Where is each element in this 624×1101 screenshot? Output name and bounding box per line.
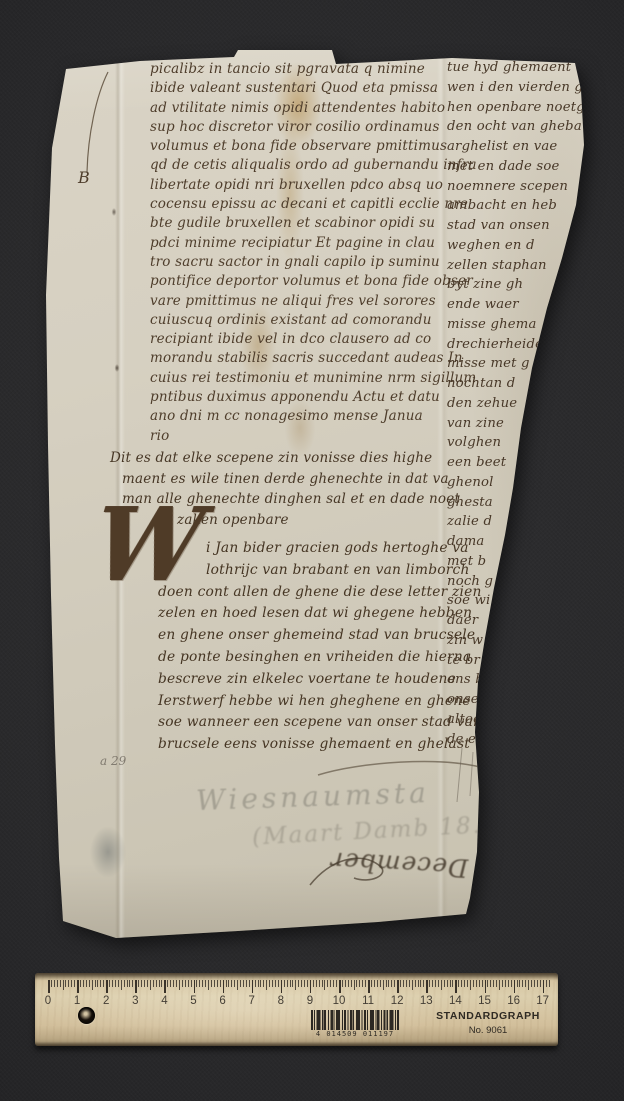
ruler-tick	[487, 980, 488, 987]
right-column-line: ghesta	[447, 493, 597, 513]
right-column-line: arghelist en vae	[447, 137, 597, 157]
grant-line: bescreve zin elkelec voertane te houdene	[158, 669, 458, 691]
ruler-tick	[74, 980, 75, 987]
barcode: 4 014509 011197	[307, 1010, 403, 1040]
ruler-tick	[319, 980, 320, 987]
ruler-tick	[240, 980, 241, 987]
ruler-tick	[362, 980, 363, 987]
right-column-line: stad van onsen	[447, 216, 597, 236]
latin-line: vare pmittimus ne aliqui fres vel sorore…	[150, 292, 450, 311]
grant-line: i Jan bider gracien gods hertoghe va	[206, 538, 458, 560]
margin-flourish-curve	[87, 72, 108, 172]
ruler-tick	[313, 980, 314, 987]
right-column-line: den zehue	[447, 394, 597, 414]
ruler-tick	[214, 980, 215, 987]
right-column-line: daer	[447, 611, 597, 631]
ruler-tick	[97, 980, 98, 987]
pencil-stroke-2	[470, 752, 473, 796]
ruler-tick	[406, 980, 407, 987]
ruler: 01234567891011121314151617 4 014509 0111…	[35, 973, 558, 1046]
latin-line: bte gudile bruxellen et scabinor opidi s…	[150, 214, 450, 233]
ruler-tick	[80, 980, 81, 987]
latin-line: ad vtilitate nimis opidi attendentes hab…	[150, 99, 450, 118]
ruler-tick	[211, 980, 212, 987]
ruler-tick	[470, 980, 471, 990]
ruler-tick	[508, 980, 509, 987]
grant-line: soe wanneer een scepene van onser stad v…	[158, 712, 458, 734]
ruler-tick	[316, 980, 317, 987]
ruler-tick	[57, 980, 58, 987]
ruler-tick-scale	[35, 980, 558, 995]
ruler-number: 11	[362, 995, 374, 1007]
right-column-line: dama	[447, 532, 597, 552]
right-column-line: zellen staphan	[447, 256, 597, 276]
ruler-tick	[368, 980, 370, 993]
ruler-tick	[543, 980, 545, 993]
ruler-tick	[336, 980, 337, 987]
latin-line: libertate opidi nri bruxellen pdco absq …	[150, 176, 450, 195]
right-column-line: den ocht van gheba	[447, 117, 597, 137]
ruler-tick	[420, 980, 421, 987]
ruler-tick	[220, 980, 221, 987]
ruler-tick	[476, 980, 477, 987]
shelfmark-annotation: a 29	[100, 754, 126, 768]
ruler-tick	[246, 980, 247, 987]
ruler-tick	[150, 980, 151, 990]
ruler-tick	[135, 980, 137, 993]
ruler-brand-block: STANDARDGRAPH No. 9061	[423, 1010, 553, 1036]
ruler-tick	[333, 980, 334, 987]
ruler-tick	[493, 980, 494, 987]
latin-line: morandu stabilis sacris succedant audeas…	[150, 349, 450, 368]
ruler-tick	[534, 980, 535, 987]
ruler-tick	[426, 980, 428, 993]
pencil-annotation-2: (Maart Damb 18..)	[251, 811, 502, 850]
ruler-tick	[546, 980, 547, 987]
ruler-tick	[354, 980, 355, 990]
barcode-digits: 4 014509 011197	[307, 1030, 403, 1038]
latin-line: pntibus duximus apponendu Actu et datu	[150, 388, 450, 407]
ruler-tick	[103, 980, 104, 987]
ruler-tick	[348, 980, 349, 987]
ruler-tick	[290, 980, 291, 987]
ruler-number: 0	[45, 995, 51, 1007]
ruler-tick	[287, 980, 288, 987]
ruler-tick	[228, 980, 229, 987]
ruler-tick	[106, 980, 108, 993]
ruler-tick	[71, 980, 72, 987]
ruler-tick	[118, 980, 119, 987]
ruler-tick	[485, 980, 487, 993]
ruler-number: 13	[420, 995, 433, 1007]
barcode-bars-icon	[311, 1010, 399, 1030]
ruler-tick	[243, 980, 244, 987]
ruler-tick	[185, 980, 186, 987]
ruler-tick	[109, 980, 110, 987]
ruler-tick	[89, 980, 90, 987]
ruler-tick	[418, 980, 419, 987]
right-column-line: byt zine gh	[447, 275, 597, 295]
ruler-tick	[284, 980, 285, 987]
ruler-number-row: 01234567891011121314151617	[35, 995, 558, 1009]
grant-line: de ponte besinghen en vriheiden die hier…	[158, 647, 458, 669]
ruler-tick	[54, 980, 55, 987]
right-column-line: noch g	[447, 572, 597, 592]
ruler-tick	[386, 980, 387, 987]
ruler-tick	[342, 980, 343, 987]
ruler-tick	[394, 980, 395, 987]
ruler-tick	[345, 980, 346, 987]
ruler-tick	[388, 980, 389, 987]
ruler-tick	[173, 980, 174, 987]
ruler-tick	[496, 980, 497, 987]
ruler-tick	[255, 980, 256, 987]
right-column-line: ende waer	[447, 295, 597, 315]
ruler-tick	[179, 980, 180, 990]
rubric-line: Dit es dat elke scepene zin vonisse dies…	[110, 448, 452, 469]
latin-line: ibide valeant sustentari Quod eta pmissa	[150, 79, 450, 98]
ruler-tick	[164, 980, 166, 993]
ruler-tick	[371, 980, 372, 987]
ruler-tick	[68, 980, 69, 987]
ruler-number: 16	[507, 995, 520, 1007]
latin-line: pdci minime recipiatur Et pagine in clau	[150, 234, 450, 253]
ruler-tick	[464, 980, 465, 987]
ruler-tick	[441, 980, 442, 990]
right-column-line: te br	[447, 651, 597, 671]
ruler-tick	[269, 980, 270, 987]
right-column-line: de en	[447, 730, 597, 750]
ruler-model-number: No. 9061	[423, 1025, 553, 1036]
ruler-tick	[356, 980, 357, 987]
ruler-tick	[511, 980, 512, 987]
ruler-tick	[196, 980, 197, 987]
ruler-brand-name: STANDARDGRAPH	[423, 1010, 553, 1022]
ruler-tick	[129, 980, 130, 987]
ruler-tick	[525, 980, 526, 987]
ruler-tick	[519, 980, 520, 987]
ruler-tick	[473, 980, 474, 987]
pencil-annotation-1: Wiesnaumsta	[195, 776, 430, 817]
ruler-tick	[351, 980, 352, 987]
ruler-tick	[499, 980, 500, 990]
ruler-tick	[188, 980, 189, 987]
ruler-tick	[234, 980, 235, 987]
ruler-tick	[423, 980, 424, 987]
pencil-stroke-1	[457, 748, 462, 802]
ruler-tick	[194, 980, 196, 993]
ruler-tick	[415, 980, 416, 987]
ruler-tick	[167, 980, 168, 987]
ruler-number: 17	[536, 995, 549, 1007]
ruler-tick	[159, 980, 160, 987]
ruler-tick	[391, 980, 392, 987]
ruler-tick	[205, 980, 206, 987]
ruler-tick	[502, 980, 503, 987]
ruler-tick	[429, 980, 430, 987]
ruler-tick	[450, 980, 451, 987]
parchment-sheet: B picalibz in tancio sit pgravata q nimi…	[0, 0, 624, 960]
ruler-number: 12	[391, 995, 404, 1007]
ruler-tick	[153, 980, 154, 987]
ruler-tick	[231, 980, 232, 987]
ruler-tick	[176, 980, 177, 987]
ruler-number: 8	[278, 995, 284, 1007]
right-column-line: weghen en d	[447, 236, 597, 256]
ruler-tick	[83, 980, 84, 987]
ruler-tick	[514, 980, 516, 993]
ruler-tick	[92, 980, 93, 990]
ruler-tick	[490, 980, 491, 987]
right-column-line: zin w	[447, 631, 597, 651]
ruler-tick	[435, 980, 436, 987]
latin-line: cuiuscuq ordinis existant ad comorandu	[150, 311, 450, 330]
ruler-tick	[252, 980, 254, 993]
ruler-tick	[479, 980, 480, 987]
ruler-tick	[324, 980, 325, 990]
ruler-tick	[377, 980, 378, 987]
grant-line: Ierstwerf hebbe wi hen gheghene en ghene	[158, 691, 458, 713]
ruler-tick	[77, 980, 79, 993]
ruler-tick	[412, 980, 413, 990]
ruler-tick	[132, 980, 133, 987]
latin-line: sup hoc discretor viror cosilio ordinamu…	[150, 118, 450, 137]
ruler-tick	[304, 980, 305, 987]
right-column-line: misse ghema	[447, 315, 597, 335]
ruler-number: 10	[333, 995, 346, 1007]
right-column-line: drechierheide	[447, 335, 597, 355]
right-column-line: een beet	[447, 453, 597, 473]
ruler-tick	[86, 980, 87, 987]
ruler-tick	[374, 980, 375, 987]
ruler-tick	[121, 980, 122, 990]
ruler-tick	[467, 980, 468, 987]
right-column-line: met b	[447, 552, 597, 572]
ruler-tick	[275, 980, 276, 987]
ruler-tick	[266, 980, 267, 990]
ruler-number: 7	[248, 995, 254, 1007]
ruler-tick	[260, 980, 261, 987]
ruler-tick	[223, 980, 225, 993]
ruler-tick	[522, 980, 523, 987]
ruler-tick	[263, 980, 264, 987]
latin-line: volumus et bona fide observare pmittimus	[150, 137, 450, 156]
ruler-tick	[115, 980, 116, 987]
right-column-line: onse	[447, 690, 597, 710]
ruler-tick	[63, 980, 64, 990]
right-column-line: noemnere scepen	[447, 177, 597, 197]
ruler-tick	[444, 980, 445, 987]
ruler-number: 14	[449, 995, 462, 1007]
right-column-line: van zine	[447, 414, 597, 434]
grant-line: zelen en hoed lesen dat wi ghegene hebbe…	[158, 603, 458, 625]
latin-line: pontifice deportor volumus et bona fide …	[150, 272, 450, 291]
ruler-tick	[191, 980, 192, 987]
ruler-tick	[95, 980, 96, 987]
ruler-number: 5	[190, 995, 196, 1007]
ruler-tick	[397, 980, 399, 993]
ruler-tick	[217, 980, 218, 987]
ruler-tick	[310, 980, 312, 993]
margin-mark: B	[78, 168, 90, 187]
grant-text-block: i Jan bider gracien gods hertoghe valoth…	[158, 538, 458, 756]
ruler-tick	[380, 980, 381, 987]
ruler-number: 15	[478, 995, 491, 1007]
grant-line: brucsele eens vonisse ghemaent en ghelas…	[158, 734, 458, 756]
ruler-tick	[138, 980, 139, 987]
ruler-tick	[258, 980, 259, 987]
right-column-line: ghenol	[447, 473, 597, 493]
ruler-tick	[432, 980, 433, 987]
ruler-tick	[307, 980, 308, 987]
ruler-tick	[249, 980, 250, 987]
ruler-tick	[447, 980, 448, 987]
ruler-tick	[330, 980, 331, 987]
ruler-number: 2	[103, 995, 109, 1007]
ruler-tick	[409, 980, 410, 987]
ruler-tick	[383, 980, 384, 990]
ruler-tick	[359, 980, 360, 987]
right-column-line: tue hyd ghemaent e	[447, 58, 597, 78]
right-column-line: ons b	[447, 670, 597, 690]
latin-line: ano dni m cc nonagesimo mense Janua	[150, 407, 450, 426]
ruler-tick	[156, 980, 157, 987]
ruler-tick	[403, 980, 404, 987]
ruler-tick	[127, 980, 128, 987]
ruler-tick	[65, 980, 66, 987]
ruler-tick	[161, 980, 162, 987]
right-column-line: nochtan d	[447, 374, 597, 394]
ruler-tick	[482, 980, 483, 987]
ruler-tick	[505, 980, 506, 987]
ruler-tick	[458, 980, 459, 987]
ruler-tick	[322, 980, 323, 987]
ruler-tick	[170, 980, 171, 987]
ruler-hang-hole	[78, 1007, 95, 1024]
right-column-line: misse met g	[447, 354, 597, 374]
ruler-tick	[60, 980, 61, 987]
parchment-shadow: B picalibz in tancio sit pgravata q nimi…	[0, 0, 624, 1101]
ruler-number: 6	[219, 995, 225, 1007]
ruler-tick	[141, 980, 142, 987]
ruler-tick	[537, 980, 538, 987]
latin-text-block: picalibz in tancio sit pgravata q nimine…	[150, 60, 450, 446]
ruler-tick	[339, 980, 341, 993]
right-column-line: met en dade soe	[447, 157, 597, 177]
ruler-tick	[438, 980, 439, 987]
ruler-tick	[540, 980, 541, 987]
latin-line: picalibz in tancio sit pgravata q nimine	[150, 60, 450, 79]
latin-line: cocensu epissu ac decani et capitli eccl…	[150, 195, 450, 214]
inverted-ink-annotation: December	[329, 846, 468, 882]
ruler-tick	[199, 980, 200, 987]
ruler-tick	[112, 980, 113, 987]
ruler-tick	[147, 980, 148, 987]
photo-background: B picalibz in tancio sit pgravata q nimi…	[0, 0, 624, 1101]
ruler-tick	[182, 980, 183, 987]
ruler-tick	[455, 980, 457, 993]
ruler-tick	[528, 980, 529, 990]
pen-swoosh-flourish	[318, 762, 484, 775]
ruler-tick	[208, 980, 209, 990]
ruler-tick	[298, 980, 299, 987]
ruler-tick	[365, 980, 366, 987]
right-column-line: hen openbare noetga	[447, 98, 597, 118]
ruler-tick	[281, 980, 283, 993]
ruler-tick	[400, 980, 401, 987]
grant-line: en ghene onser ghemeind stad van brucsel…	[158, 625, 458, 647]
ruler-tick	[295, 980, 296, 990]
ruler-tick	[100, 980, 101, 987]
right-column-line: zalie d	[447, 512, 597, 532]
ruler-tick	[48, 980, 50, 993]
ruler-number: 9	[307, 995, 313, 1007]
ruler-tick	[202, 980, 203, 987]
ruler-tick	[549, 980, 550, 987]
ruler-tick	[226, 980, 227, 987]
latin-line: rio	[150, 427, 450, 446]
ruler-tick	[461, 980, 462, 987]
ruler-tick	[237, 980, 238, 990]
right-column-line: altoes	[447, 710, 597, 730]
ruler-tick	[517, 980, 518, 987]
ruler-tick	[327, 980, 328, 987]
ruler-number: 1	[74, 995, 80, 1007]
right-column-line: volghen	[447, 433, 597, 453]
ruler-number: 3	[132, 995, 138, 1007]
right-column-line: wen i den vierden gh	[447, 78, 597, 98]
ruler-tick	[452, 980, 453, 987]
ruler-tick	[144, 980, 145, 987]
latin-line: cuius rei testimoniu et munimine nrm sig…	[150, 369, 450, 388]
ruler-tick	[124, 980, 125, 987]
rubric-line: zaken openbare	[177, 510, 452, 531]
ruler-tick	[272, 980, 273, 987]
grant-line: doen cont allen de ghene die dese letter…	[158, 582, 458, 604]
ruler-tick	[51, 980, 52, 987]
right-column-line: soe wi	[447, 591, 597, 611]
ruler-tick	[531, 980, 532, 987]
grant-line: lothrijc van brabant en van limborch	[206, 560, 458, 582]
ruler-tick	[292, 980, 293, 987]
ruler-tick	[278, 980, 279, 987]
right-column-text-block: tue hyd ghemaent ewen i den vierden ghhe…	[447, 58, 597, 749]
ruler-number: 4	[161, 995, 167, 1007]
latin-line: qd de cetis aliqualis ordo ad gubernandu…	[150, 156, 450, 175]
ruler-tick	[301, 980, 302, 987]
latin-line: recipiant ibide vel in dco clausero ad c…	[150, 330, 450, 349]
right-column-line: ambacht en heb	[447, 196, 597, 216]
latin-line: tro sacru sactor in gnali capilo ip sumi…	[150, 253, 450, 272]
